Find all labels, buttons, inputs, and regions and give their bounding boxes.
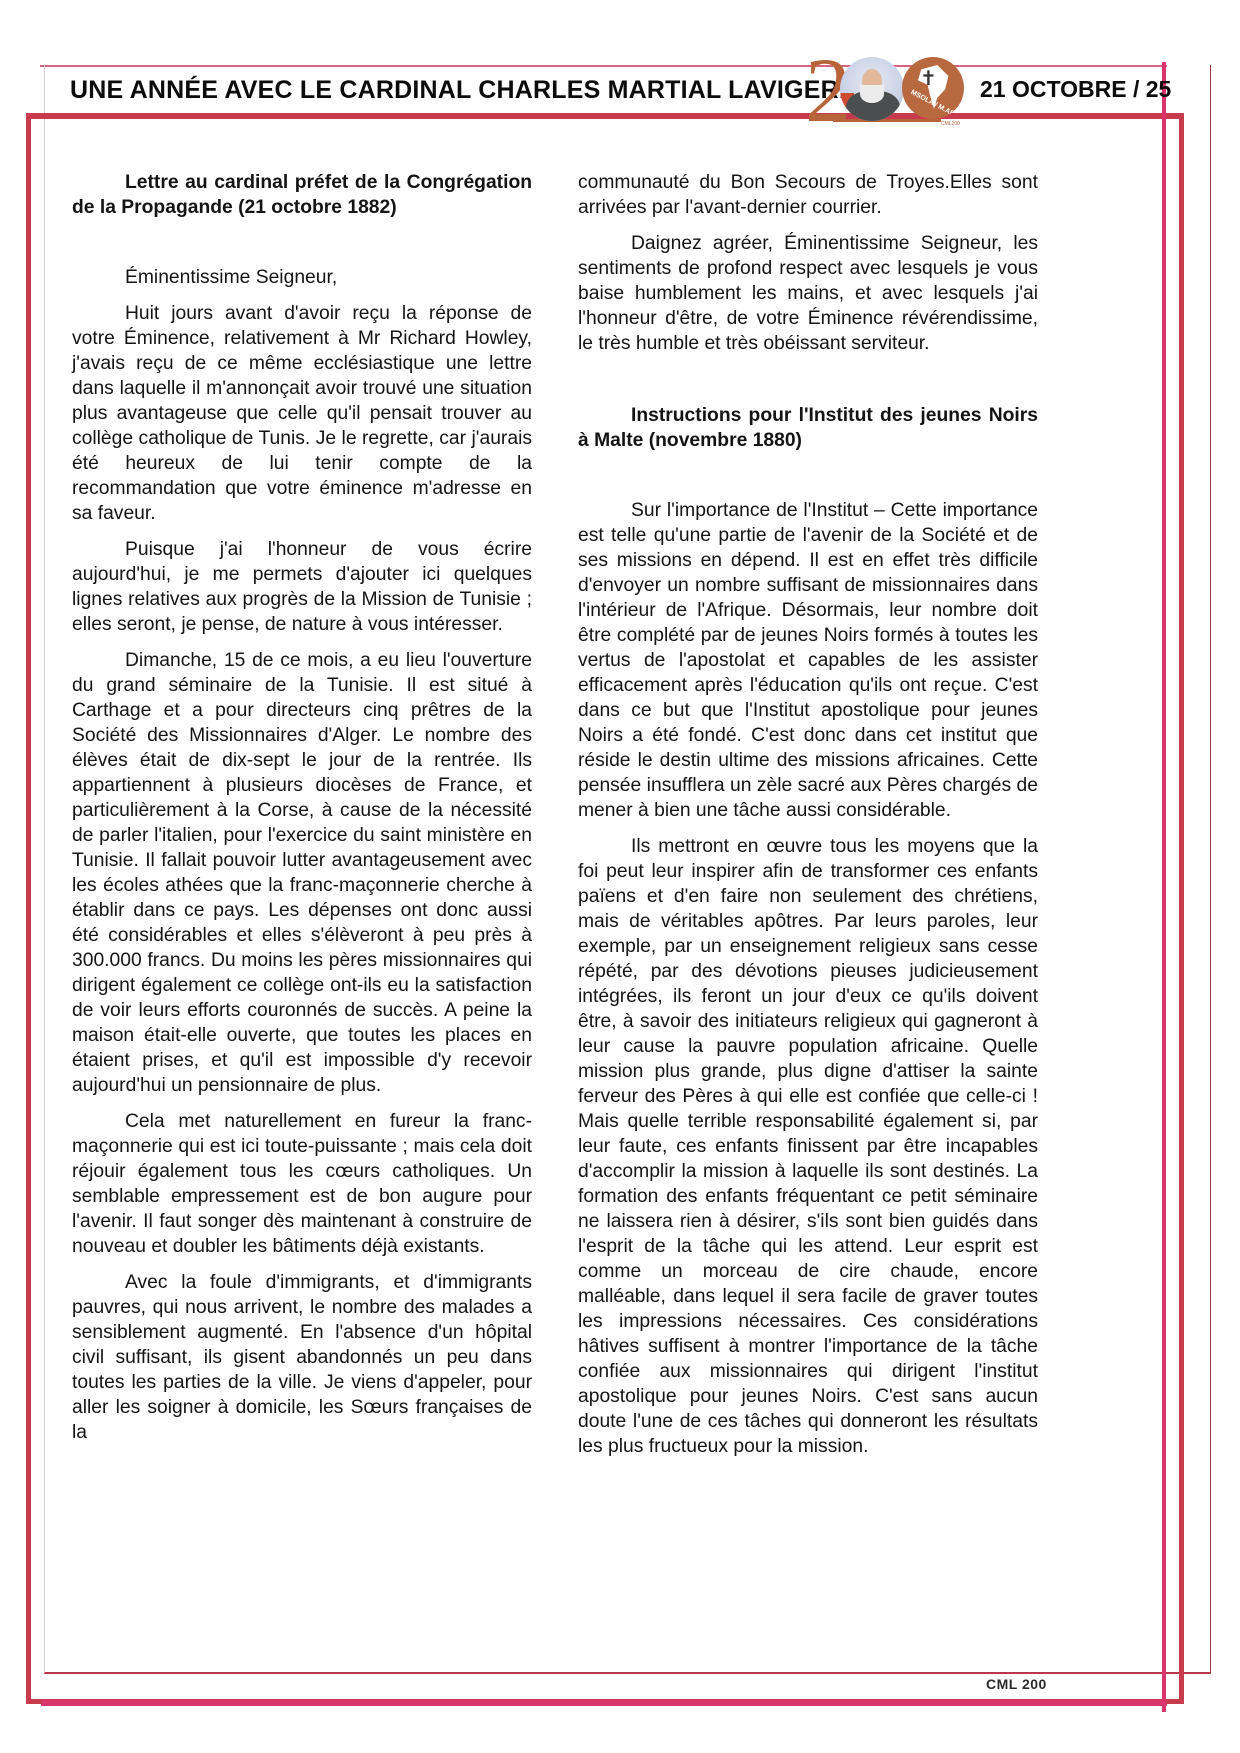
paragraph: Sur l'importance de l'Institut – Cette i… <box>578 498 1038 823</box>
instructions-heading: Instructions pour l'Institut des jeunes … <box>578 403 1038 453</box>
page-header-title: UNE ANNÉE AVEC LE CARDINAL CHARLES MARTI… <box>70 76 863 105</box>
letter-heading: Lettre au cardinal préfet de la Congréga… <box>72 170 532 220</box>
page-frame-right-accent <box>1162 62 1166 1712</box>
letter-continuation: communauté du Bon Secours de Troyes.Elle… <box>578 170 1038 220</box>
page-header-date: 21 OCTOBRE / 25 <box>980 76 1171 103</box>
paragraph: Avec la foule d'immigrants, et d'immigra… <box>72 1270 532 1445</box>
cross-icon: ✝ <box>920 69 937 89</box>
paragraph: Huit jours avant d'avoir reçu la réponse… <box>72 301 532 526</box>
africa-map-icon: ✝ MSOLA / M.AFR <box>902 57 964 119</box>
paragraph: Puisque j'ai l'honneur de vous écrire au… <box>72 537 532 637</box>
page-frame-bottom-accent <box>41 1700 1167 1706</box>
paragraph: Cela met naturellement en fureur la fran… <box>72 1109 532 1259</box>
letter-closing: Daignez agréer, Éminentissime Seigneur, … <box>578 231 1038 356</box>
logo-tag: CML200 <box>941 121 960 127</box>
letter-salutation: Éminentissime Seigneur, <box>72 265 532 290</box>
left-column: Lettre au cardinal préfet de la Congréga… <box>72 170 532 1456</box>
paragraph: Dimanche, 15 de ce mois, a eu lieu l'ouv… <box>72 648 532 1098</box>
right-column: communauté du Bon Secours de Troyes.Elle… <box>578 170 1038 1470</box>
paragraph: Ils mettront en œuvre tous les moyens qu… <box>578 834 1038 1459</box>
footer-brand: CML 200 <box>986 1676 1047 1692</box>
cml200-logo: 2 ✝ MSOLA / M.AFR CML200 <box>805 50 1005 130</box>
portrait-icon <box>840 57 904 121</box>
